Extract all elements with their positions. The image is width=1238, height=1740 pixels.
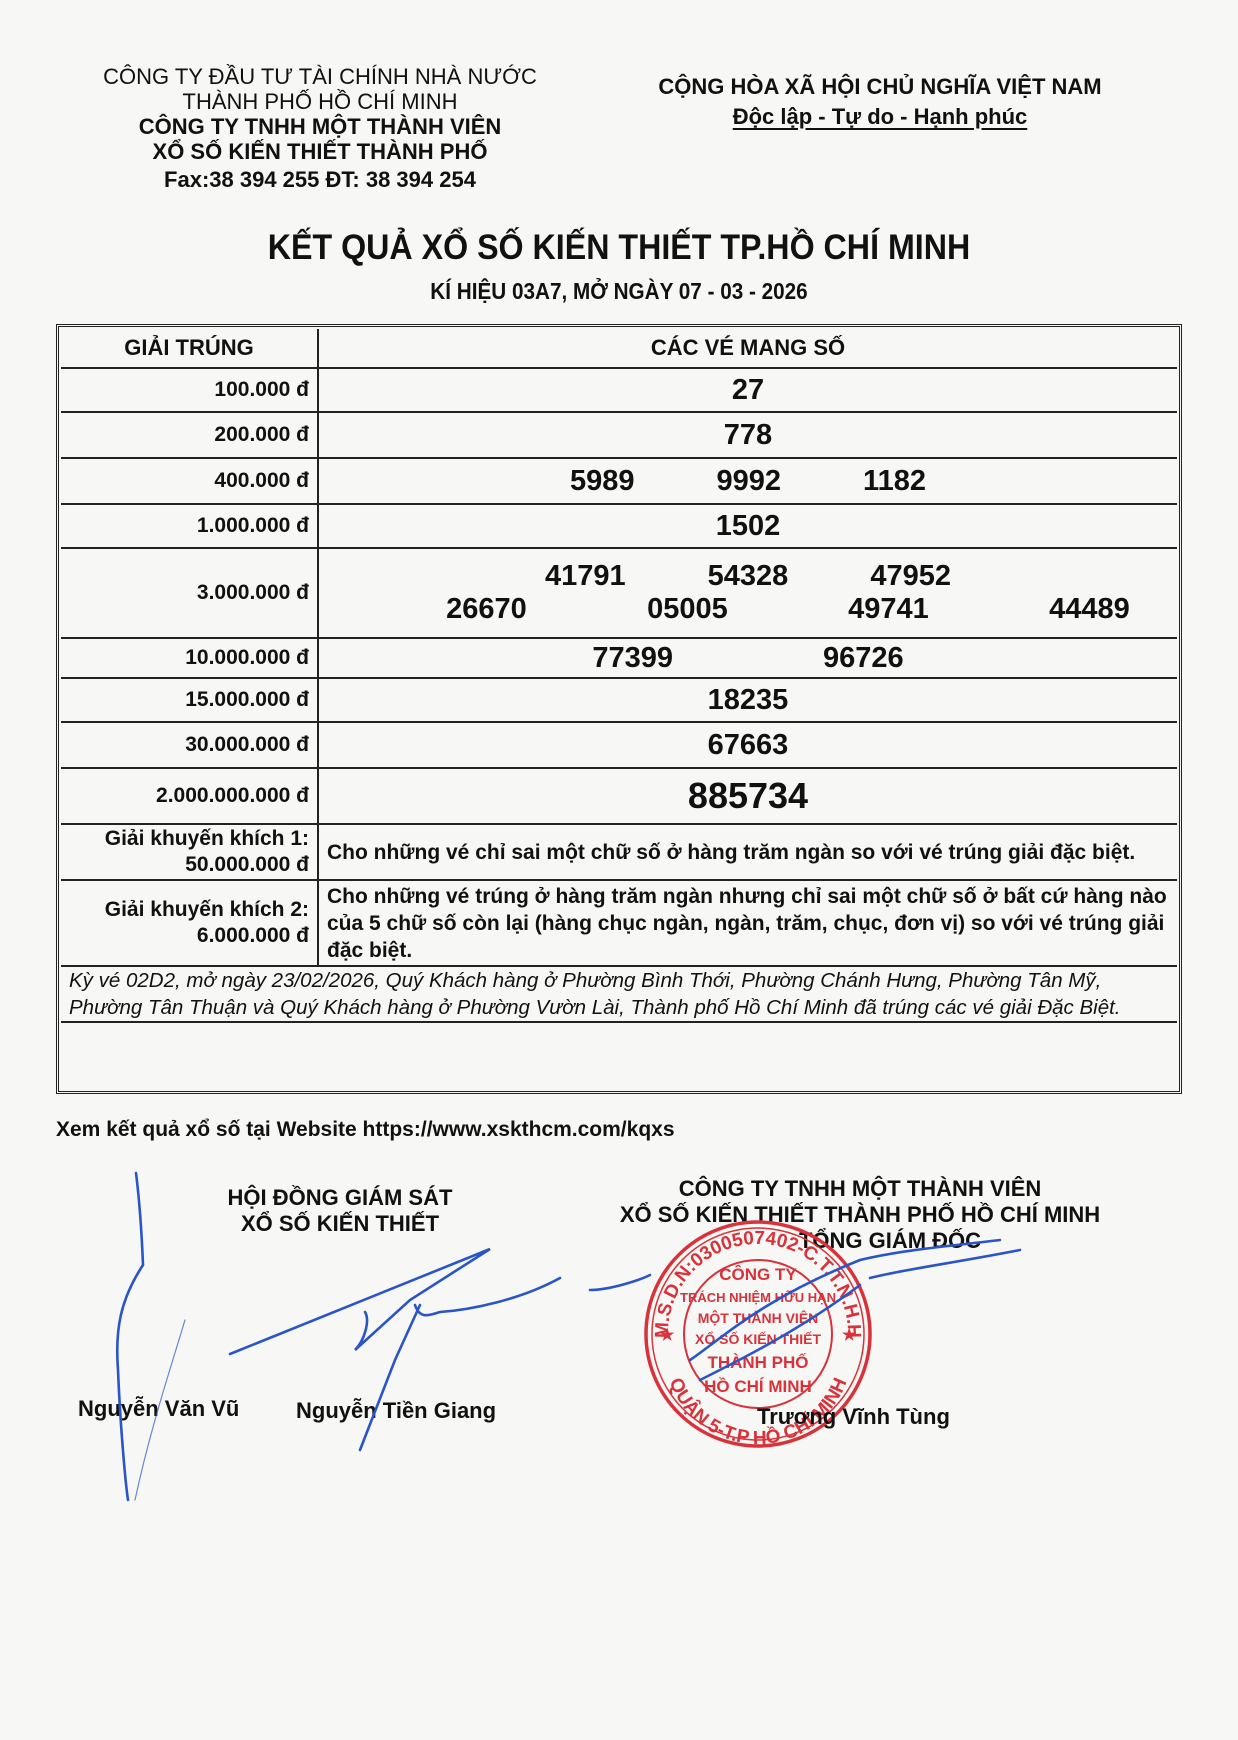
winning-number: 47952 [870,560,951,593]
parent-org-line1: CÔNG TY ĐẦU TƯ TÀI CHÍNH NHÀ NƯỚC [40,64,600,89]
winning-numbers: 598999921182 [318,458,1177,504]
director-name: Trương Vĩnh Tùng [757,1404,950,1430]
company-line2: XỔ SỐ KIẾN THIẾT THÀNH PHỐ [40,139,600,164]
winning-number: 67663 [708,729,789,762]
prize-amount: 10.000.000 đ [61,638,318,678]
company-sign-line2: XỔ SỐ KIẾN THIẾT THÀNH PHỐ HỒ CHÍ MINH [580,1202,1140,1228]
prize-amount: 2.000.000.000 đ [61,768,318,824]
document-title: KẾT QUẢ XỔ SỐ KIẾN THIẾT TP.HỒ CHÍ MINH [50,228,1189,268]
winning-number: 5989 [570,465,635,498]
consolation-amount: 6.000.000 đ [69,923,309,949]
winning-number: 885734 [688,775,808,817]
winning-number: 49741 [848,593,929,626]
prize-row: 400.000 đ598999921182 [61,458,1177,504]
special-prize-row: 2.000.000.000 đ885734 [61,768,1177,824]
prize-row: 15.000.000 đ18235 [61,678,1177,722]
winning-number: 9992 [717,465,782,498]
prize-amount: 1.000.000 đ [61,504,318,548]
supervisor-block-title: HỘI ĐỒNG GIÁM SÁT XỔ SỐ KIẾN THIẾT [120,1185,560,1237]
prize-amount: 15.000.000 đ [61,678,318,722]
prize-amount: 30.000.000 đ [61,722,318,768]
consolation-description: Cho những vé trúng ở hàng trăm ngàn nhưn… [318,880,1177,966]
winning-number: 26670 [446,593,527,626]
winning-number: 27 [732,374,764,407]
consolation-description: Cho những vé chỉ sai một chữ số ở hàng t… [318,824,1177,880]
header-numbers: CÁC VÉ MANG SỐ [318,329,1177,368]
prize-amount: 400.000 đ [61,458,318,504]
website-line: Xem kết quả xổ số tại Website https://ww… [56,1118,675,1142]
parent-org-line2: THÀNH PHỐ HỒ CHÍ MINH [40,89,600,114]
stamp-star-icon: ★ [842,1327,857,1344]
consolation-prize-label: Giải khuyến khích 1:50.000.000 đ [61,824,318,880]
header-prize: GIẢI TRÚNG [61,329,318,368]
consolation-prize-row: Giải khuyến khích 1:50.000.000 đCho nhữn… [61,824,1177,880]
winning-numbers: 778 [318,412,1177,458]
winning-numbers: 885734 [318,768,1177,824]
prize-amount: 200.000 đ [61,412,318,458]
consolation-prize-label: Giải khuyến khích 2:6.000.000 đ [61,880,318,966]
winning-number: 44489 [1049,593,1130,626]
winning-numbers: 41791543284795226670050054974144489 [318,548,1177,638]
signature-supervisor-2 [230,1249,490,1354]
stamp-inner-text: TRÁCH NHIỆM HỮU HẠN [680,1290,836,1305]
signature-director [590,1240,1020,1380]
supervisor-title-line1: HỘI ĐỒNG GIÁM SÁT [120,1185,560,1211]
company-sign-line1: CÔNG TY TNHH MỘT THÀNH VIÊN [580,1176,1140,1202]
prize-row: 1.000.000 đ1502 [61,504,1177,548]
supervisor-name-2: Nguyễn Tiền Giang [296,1398,496,1424]
special-winner-note-row: Kỳ vé 02D2, mở ngày 23/02/2026, Quý Khác… [61,966,1177,1022]
stamp-inner-text: MỘT THÀNH VIÊN [698,1309,819,1326]
national-motto: Độc lập - Tự do - Hạnh phúc [600,102,1160,132]
company-block-title: CÔNG TY TNHH MỘT THÀNH VIÊN XỔ SỐ KIẾN T… [580,1176,1140,1254]
results-table: GIẢI TRÚNG CÁC VÉ MANG SỐ 100.000 đ27200… [61,329,1177,1023]
prize-row: 200.000 đ778 [61,412,1177,458]
winning-number: 778 [724,419,772,452]
document-subtitle: KÍ HIỆU 03A7, MỞ NGÀY 07 - 03 - 2026 [62,278,1176,305]
prize-amount: 100.000 đ [61,368,318,412]
consolation-prize-row: Giải khuyến khích 2:6.000.000 đCho những… [61,880,1177,966]
stamp-inner-text: XỔ SỐ KIẾN THIẾT [695,1330,821,1347]
stamp-star-icon: ★ [660,1327,675,1344]
consolation-amount: 50.000.000 đ [69,852,309,878]
prize-row: 30.000.000 đ67663 [61,722,1177,768]
table-header-row: GIẢI TRÚNG CÁC VÉ MANG SỐ [61,329,1177,368]
special-winner-note: Kỳ vé 02D2, mở ngày 23/02/2026, Quý Khác… [61,966,1177,1022]
supervisor-title-line2: XỔ SỐ KIẾN THIẾT [120,1211,560,1237]
company-line1: CÔNG TY TNHH MỘT THÀNH VIÊN [40,114,600,139]
issuer-header: CÔNG TY ĐẦU TƯ TÀI CHÍNH NHÀ NƯỚC THÀNH … [40,64,600,192]
results-table-frame: GIẢI TRÚNG CÁC VÉ MANG SỐ 100.000 đ27200… [56,324,1182,1094]
winning-numbers: 1502 [318,504,1177,548]
winning-number: 41791 [545,560,626,593]
winning-number: 77399 [592,642,673,675]
prize-row: 100.000 đ27 [61,368,1177,412]
winning-numbers: 18235 [318,678,1177,722]
director-title: TỔNG GIÁM ĐỐC [580,1228,1140,1254]
nation-name: CỘNG HÒA XÃ HỘI CHỦ NGHĨA VIỆT NAM [600,72,1160,102]
winning-number: 1182 [863,465,926,498]
winning-numbers: 67663 [318,722,1177,768]
prize-amount: 3.000.000 đ [61,548,318,638]
winning-number: 96726 [823,642,904,675]
signature-supervisor-2-b [360,1278,560,1450]
winning-numbers: 27 [318,368,1177,412]
winning-number: 1502 [716,510,781,543]
consolation-title: Giải khuyến khích 1: [69,826,309,852]
winning-number: 05005 [647,593,728,626]
consolation-title: Giải khuyến khích 2: [69,897,309,923]
stamp-inner-text: HỒ CHÍ MINH [704,1377,812,1396]
supervisor-name-1: Nguyễn Văn Vũ [78,1396,239,1422]
contact-info: Fax:38 394 255 ĐT: 38 394 254 [40,167,600,192]
winning-number: 18235 [708,684,789,717]
winning-numbers: 7739996726 [318,638,1177,678]
stamp-inner-text: CÔNG TY [719,1265,797,1284]
prize-row: 10.000.000 đ7739996726 [61,638,1177,678]
stamp-inner-text: THÀNH PHỐ [707,1352,808,1372]
national-header: CỘNG HÒA XÃ HỘI CHỦ NGHĨA VIỆT NAM Độc l… [600,72,1160,132]
winning-number: 54328 [708,560,789,593]
prize-row: 3.000.000 đ41791543284795226670050054974… [61,548,1177,638]
